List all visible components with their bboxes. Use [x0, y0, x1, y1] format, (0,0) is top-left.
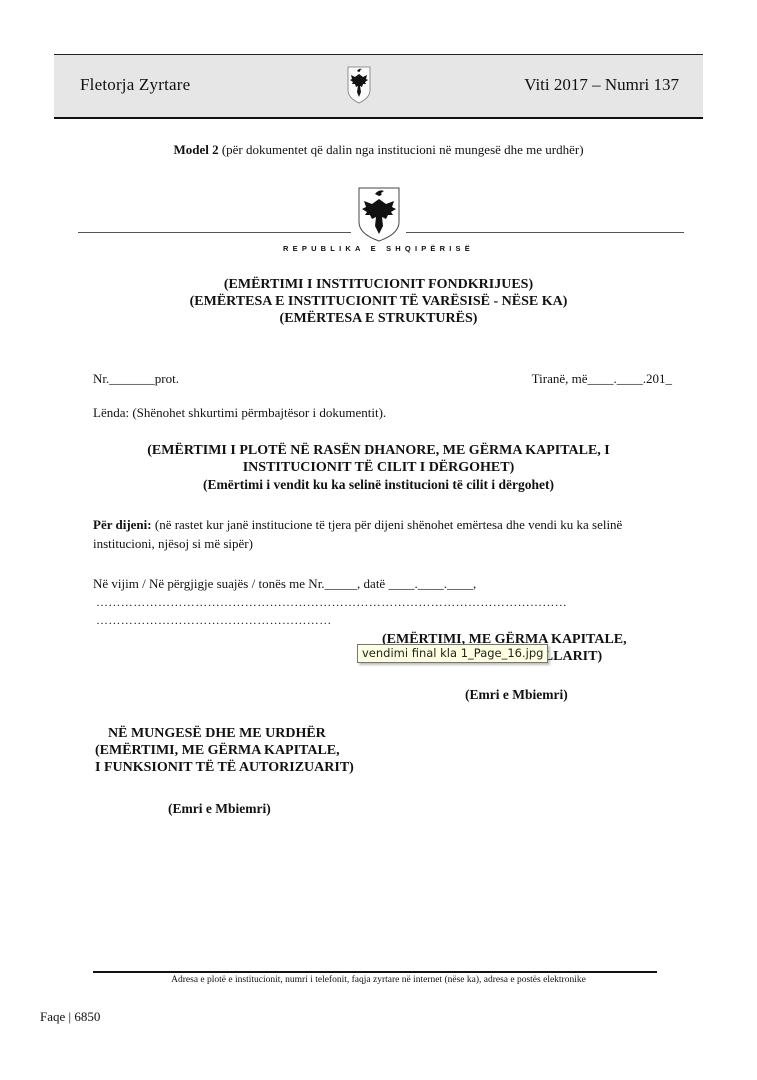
institution-structure: (EMËRTESA E STRUKTURËS)	[0, 310, 757, 327]
cc-text: (në rastet kur janë institucione të tjer…	[93, 517, 622, 551]
footer-rule	[93, 971, 657, 973]
gazette-header: Fletorja Zyrtare Viti 2017 – Numri 137	[54, 54, 703, 119]
letterhead-divider-left	[78, 232, 351, 233]
authorized-heading: NË MUNGESË DHE ME URDHËR	[95, 725, 354, 742]
body-placeholder-line2: …………………………………………………	[96, 613, 358, 628]
reply-reference-line: Në vijim / Në përgjigje suajës / tonës m…	[93, 574, 476, 593]
recipient-name-line1: (EMËRTIMI I PLOTË NË RASËN DHANORE, ME G…	[0, 442, 757, 459]
place-date: Tiranë, më____.____.201_	[532, 369, 672, 388]
recipient-location: (Emërtimi i vendit ku ka selinë instituc…	[0, 476, 757, 493]
institution-subordinate: (EMËRTESA E INSTITUCIONIT TË VARËSISË - …	[0, 293, 757, 310]
footer-address: Adresa e plotë e institucionit, numri i …	[0, 975, 757, 985]
page-number: Faqe | 6850	[40, 1009, 100, 1025]
head-signatory-name: (Emri e Mbiemri)	[465, 686, 568, 703]
recipient-name-line2: INSTITUCIONIT TË CILIT I DËRGOHET)	[0, 459, 757, 476]
model-line: Model 2 (për dokumentet që dalin nga ins…	[0, 142, 757, 158]
recipient-block: (EMËRTIMI I PLOTË NË RASËN DHANORE, ME G…	[0, 442, 757, 493]
file-name-tooltip: vendimi final kla 1_Page_16.jpg	[357, 644, 548, 663]
body-placeholder-line1: ……………………………………………………………………………………………………	[96, 595, 648, 610]
institution-founder: (EMËRTIMI I INSTITUCIONIT FONDKRIJUES)	[0, 276, 757, 293]
authorized-signatory-name: (Emri e Mbiemri)	[168, 800, 271, 817]
letterhead-divider-right	[406, 232, 684, 233]
institution-block: (EMËRTIMI I INSTITUCIONIT FONDKRIJUES) (…	[0, 276, 757, 327]
albanian-coat-of-arms-icon	[356, 186, 402, 242]
gazette-title: Fletorja Zyrtare	[80, 75, 190, 95]
model-label: Model 2	[173, 142, 218, 157]
authorized-function-line2: I FUNKSIONIT TË TË AUTORIZUARIT)	[95, 759, 354, 776]
subject-line: Lënda: (Shënohet shkurtimi përmbajtësor …	[93, 403, 386, 422]
authorized-function-line1: (EMËRTIMI, ME GËRMA KAPITALE,	[95, 742, 354, 759]
cc-label: Për dijeni:	[93, 517, 152, 532]
authorized-signature-block: NË MUNGESË DHE ME URDHËR (EMËRTIMI, ME G…	[95, 725, 354, 776]
model-description: (për dokumentet që dalin nga institucion…	[219, 142, 584, 157]
republic-label: REPUBLIKA E SHQIPËRISË	[0, 244, 757, 253]
gazette-issue: Viti 2017 – Numri 137	[524, 75, 679, 95]
cc-paragraph: Për dijeni: (në rastet kur janë instituc…	[93, 515, 665, 553]
protocol-number: Nr._______prot.	[93, 369, 179, 388]
albanian-coat-of-arms-icon	[346, 64, 372, 104]
